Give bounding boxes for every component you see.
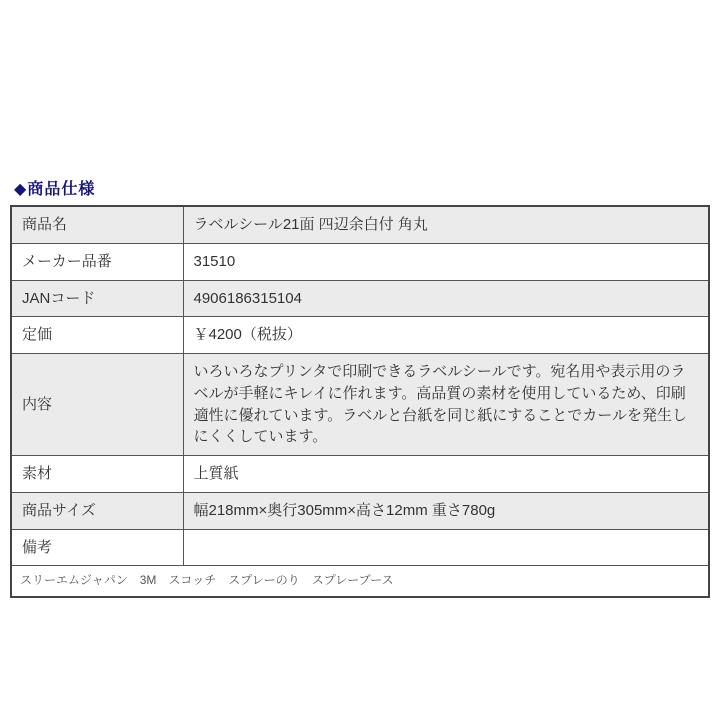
spec-label: 商品名	[11, 206, 183, 243]
spec-value	[183, 529, 709, 566]
spec-value: いろいろなプリンタで印刷できるラベルシールです。宛名用や表示用のラベルが手軽にキ…	[183, 354, 709, 456]
table-row: 定価 ￥4200（税抜）	[11, 317, 709, 354]
spec-label: メーカー品番	[11, 243, 183, 280]
spec-value: ￥4200（税抜）	[183, 317, 709, 354]
product-spec-page: ◆商品仕様 商品名 ラベルシール21面 四辺余白付 角丸 メーカー品番 3151…	[0, 0, 720, 720]
table-row: 備考	[11, 529, 709, 566]
spec-value: 31510	[183, 243, 709, 280]
spec-label: 内容	[11, 354, 183, 456]
spec-label: 定価	[11, 317, 183, 354]
section-heading: ◆商品仕様	[14, 180, 720, 200]
table-row: 商品名 ラベルシール21面 四辺余白付 角丸	[11, 206, 709, 243]
spec-value: 4906186315104	[183, 280, 709, 317]
related-keywords: スリーエムジャパン 3M スコッチ スプレーのり スプレーブース	[11, 566, 709, 597]
table-footer-row: スリーエムジャパン 3M スコッチ スプレーのり スプレーブース	[11, 566, 709, 597]
spec-value: 上質紙	[183, 456, 709, 493]
section-heading-label: 商品仕様	[27, 181, 95, 198]
spec-table: 商品名 ラベルシール21面 四辺余白付 角丸 メーカー品番 31510 JANコ…	[10, 205, 710, 598]
spec-value: ラベルシール21面 四辺余白付 角丸	[183, 206, 709, 243]
spec-label: 備考	[11, 529, 183, 566]
table-row: JANコード 4906186315104	[11, 280, 709, 317]
table-row: 内容 いろいろなプリンタで印刷できるラベルシールです。宛名用や表示用のラベルが手…	[11, 354, 709, 456]
top-whitespace	[0, 0, 720, 180]
spec-label: 素材	[11, 456, 183, 493]
table-row: 素材 上質紙	[11, 456, 709, 493]
table-row: 商品サイズ 幅218mm×奥行305mm×高さ12mm 重さ780g	[11, 492, 709, 529]
diamond-icon: ◆	[14, 181, 27, 198]
spec-value: 幅218mm×奥行305mm×高さ12mm 重さ780g	[183, 492, 709, 529]
spec-label: 商品サイズ	[11, 492, 183, 529]
table-row: メーカー品番 31510	[11, 243, 709, 280]
spec-label: JANコード	[11, 280, 183, 317]
